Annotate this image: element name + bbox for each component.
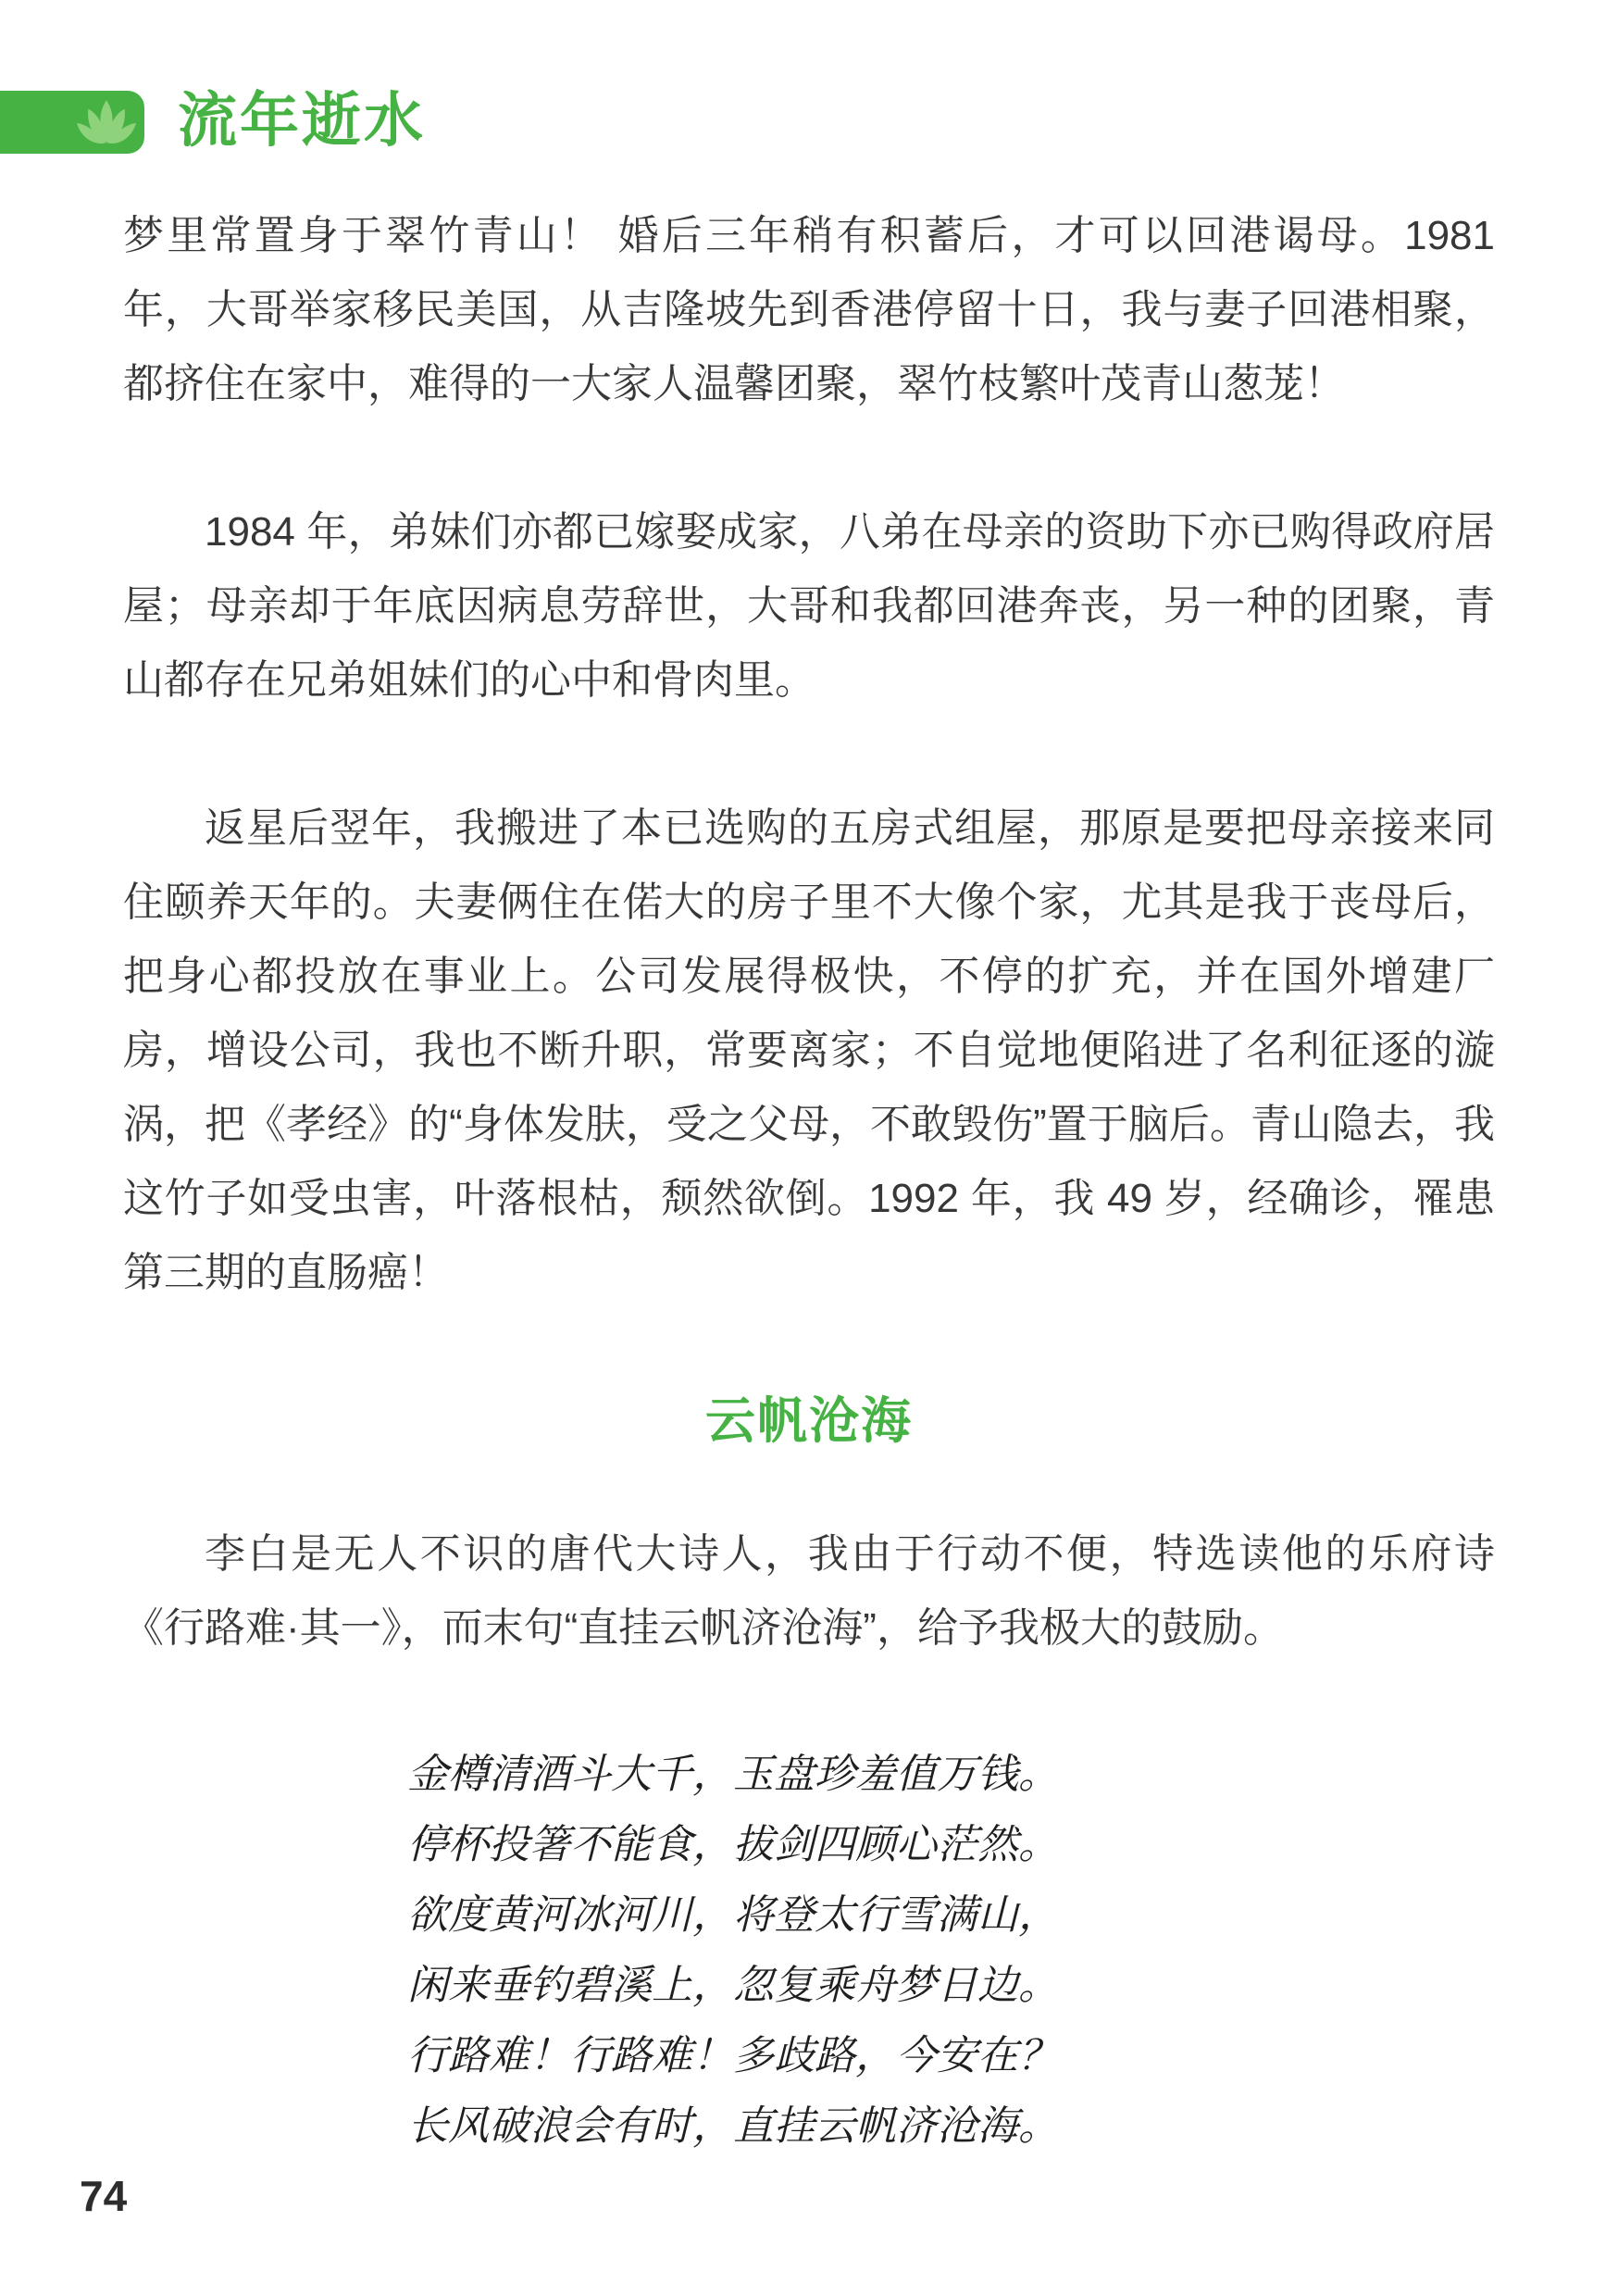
poem-line: 闲来垂钓碧溪上，忽复乘舟梦日边。 bbox=[407, 1951, 1495, 2021]
paragraph-1: 梦里常置身于翠竹青山！ 婚后三年稍有积蓄后，才可以回港谒母。1981 年，大哥举… bbox=[123, 199, 1495, 421]
chapter-title: 流年逝水 bbox=[178, 83, 426, 157]
paragraph-4: 李白是无人不识的唐代大诗人，我由于行动不便，特选读他的乐府诗《行路难·其一》，而… bbox=[123, 1517, 1495, 1666]
paragraph-2: 1984 年，弟妹们亦都已嫁娶成家，八弟在母亲的资助下亦已购得政府居屋；母亲却于… bbox=[123, 495, 1495, 717]
poem-line: 金樽清酒斗大千，玉盘珍羞值万钱。 bbox=[407, 1740, 1495, 1810]
poem-line: 欲度黄河冰河川，将登太行雪满山， bbox=[407, 1880, 1495, 1951]
book-page: 流年逝水 梦里常置身于翠竹青山！ 婚后三年稍有积蓄后，才可以回港谒母。1981 … bbox=[0, 0, 1618, 2296]
header-tab bbox=[0, 91, 144, 154]
paragraph-3: 返星后翌年，我搬进了本已选购的五房式组屋，那原是要把母亲接来同住颐养天年的。夫妻… bbox=[123, 792, 1495, 1310]
poem-line: 行路难！行路难！多歧路，今安在？ bbox=[407, 2021, 1495, 2091]
poem-line: 长风破浪会有时，直挂云帆济沧海。 bbox=[407, 2091, 1495, 2162]
section-heading: 云帆沧海 bbox=[123, 1384, 1495, 1458]
lotus-icon bbox=[76, 97, 137, 147]
page-number: 74 bbox=[80, 2170, 127, 2222]
page-content: 梦里常置身于翠竹青山！ 婚后三年稍有积蓄后，才可以回港谒母。1981 年，大哥举… bbox=[123, 199, 1495, 2162]
poem-line: 停杯投箸不能食，拔剑四顾心茫然。 bbox=[407, 1810, 1495, 1880]
poem-block: 金樽清酒斗大千，玉盘珍羞值万钱。 停杯投箸不能食，拔剑四顾心茫然。 欲度黄河冰河… bbox=[407, 1740, 1495, 2162]
